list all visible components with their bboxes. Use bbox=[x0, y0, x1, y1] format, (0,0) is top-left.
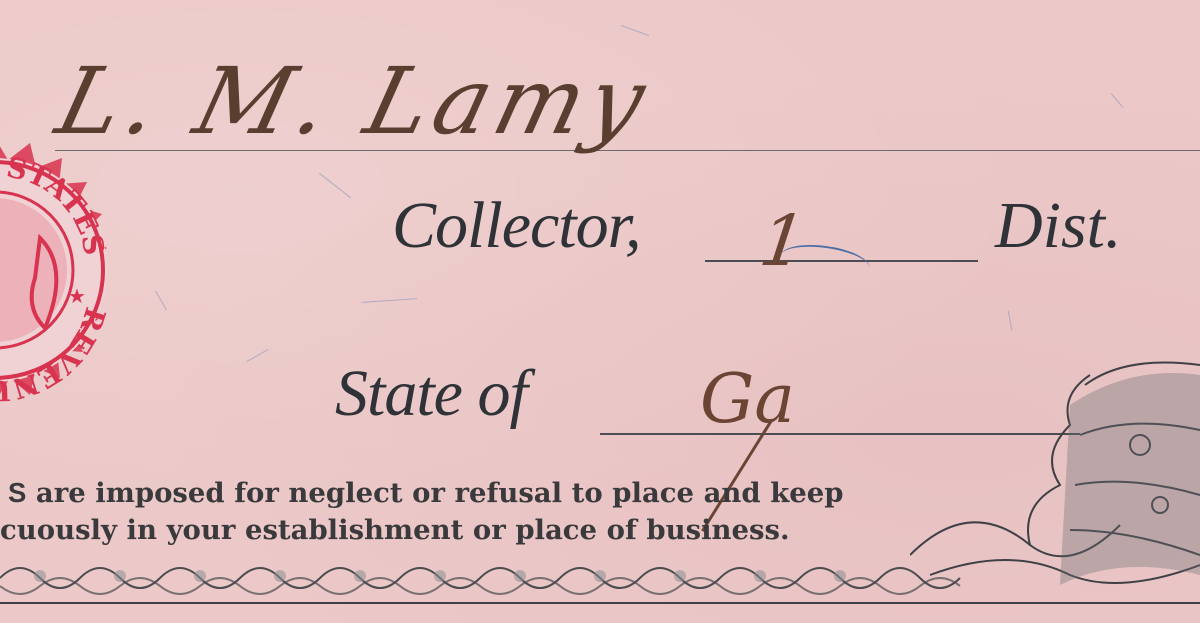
revenue-seal-icon: STATES REVENUE ★ bbox=[0, 138, 140, 428]
notice-lead: S bbox=[8, 477, 26, 508]
notice-line-2: cuously in your establishment or place o… bbox=[0, 512, 980, 549]
collector-signature: L. M. Lamy bbox=[46, 48, 661, 158]
state-label: State of bbox=[335, 356, 527, 432]
paper-fiber bbox=[246, 349, 268, 362]
paper-fiber bbox=[155, 291, 167, 311]
paper-fiber bbox=[621, 25, 650, 36]
notice-line-1-text: are imposed for neglect or refusal to pl… bbox=[36, 477, 844, 509]
paper-fiber bbox=[1008, 311, 1012, 331]
paper-fiber bbox=[1111, 93, 1123, 107]
paper-fiber bbox=[319, 173, 351, 198]
notice-line-1: S are imposed for neglect or refusal to … bbox=[0, 474, 980, 512]
collector-label: Collector, bbox=[392, 188, 641, 264]
paper-fiber bbox=[362, 298, 417, 303]
dist-label: Dist. bbox=[995, 188, 1122, 264]
state-value: Ga bbox=[700, 360, 795, 439]
acanthus-ornament-icon bbox=[910, 345, 1200, 605]
document-page: STATES REVENUE ★ L. M. Lamy Collector, 1… bbox=[0, 0, 1200, 623]
penalty-notice: S are imposed for neglect or refusal to … bbox=[0, 474, 980, 549]
svg-text:★: ★ bbox=[68, 284, 86, 308]
